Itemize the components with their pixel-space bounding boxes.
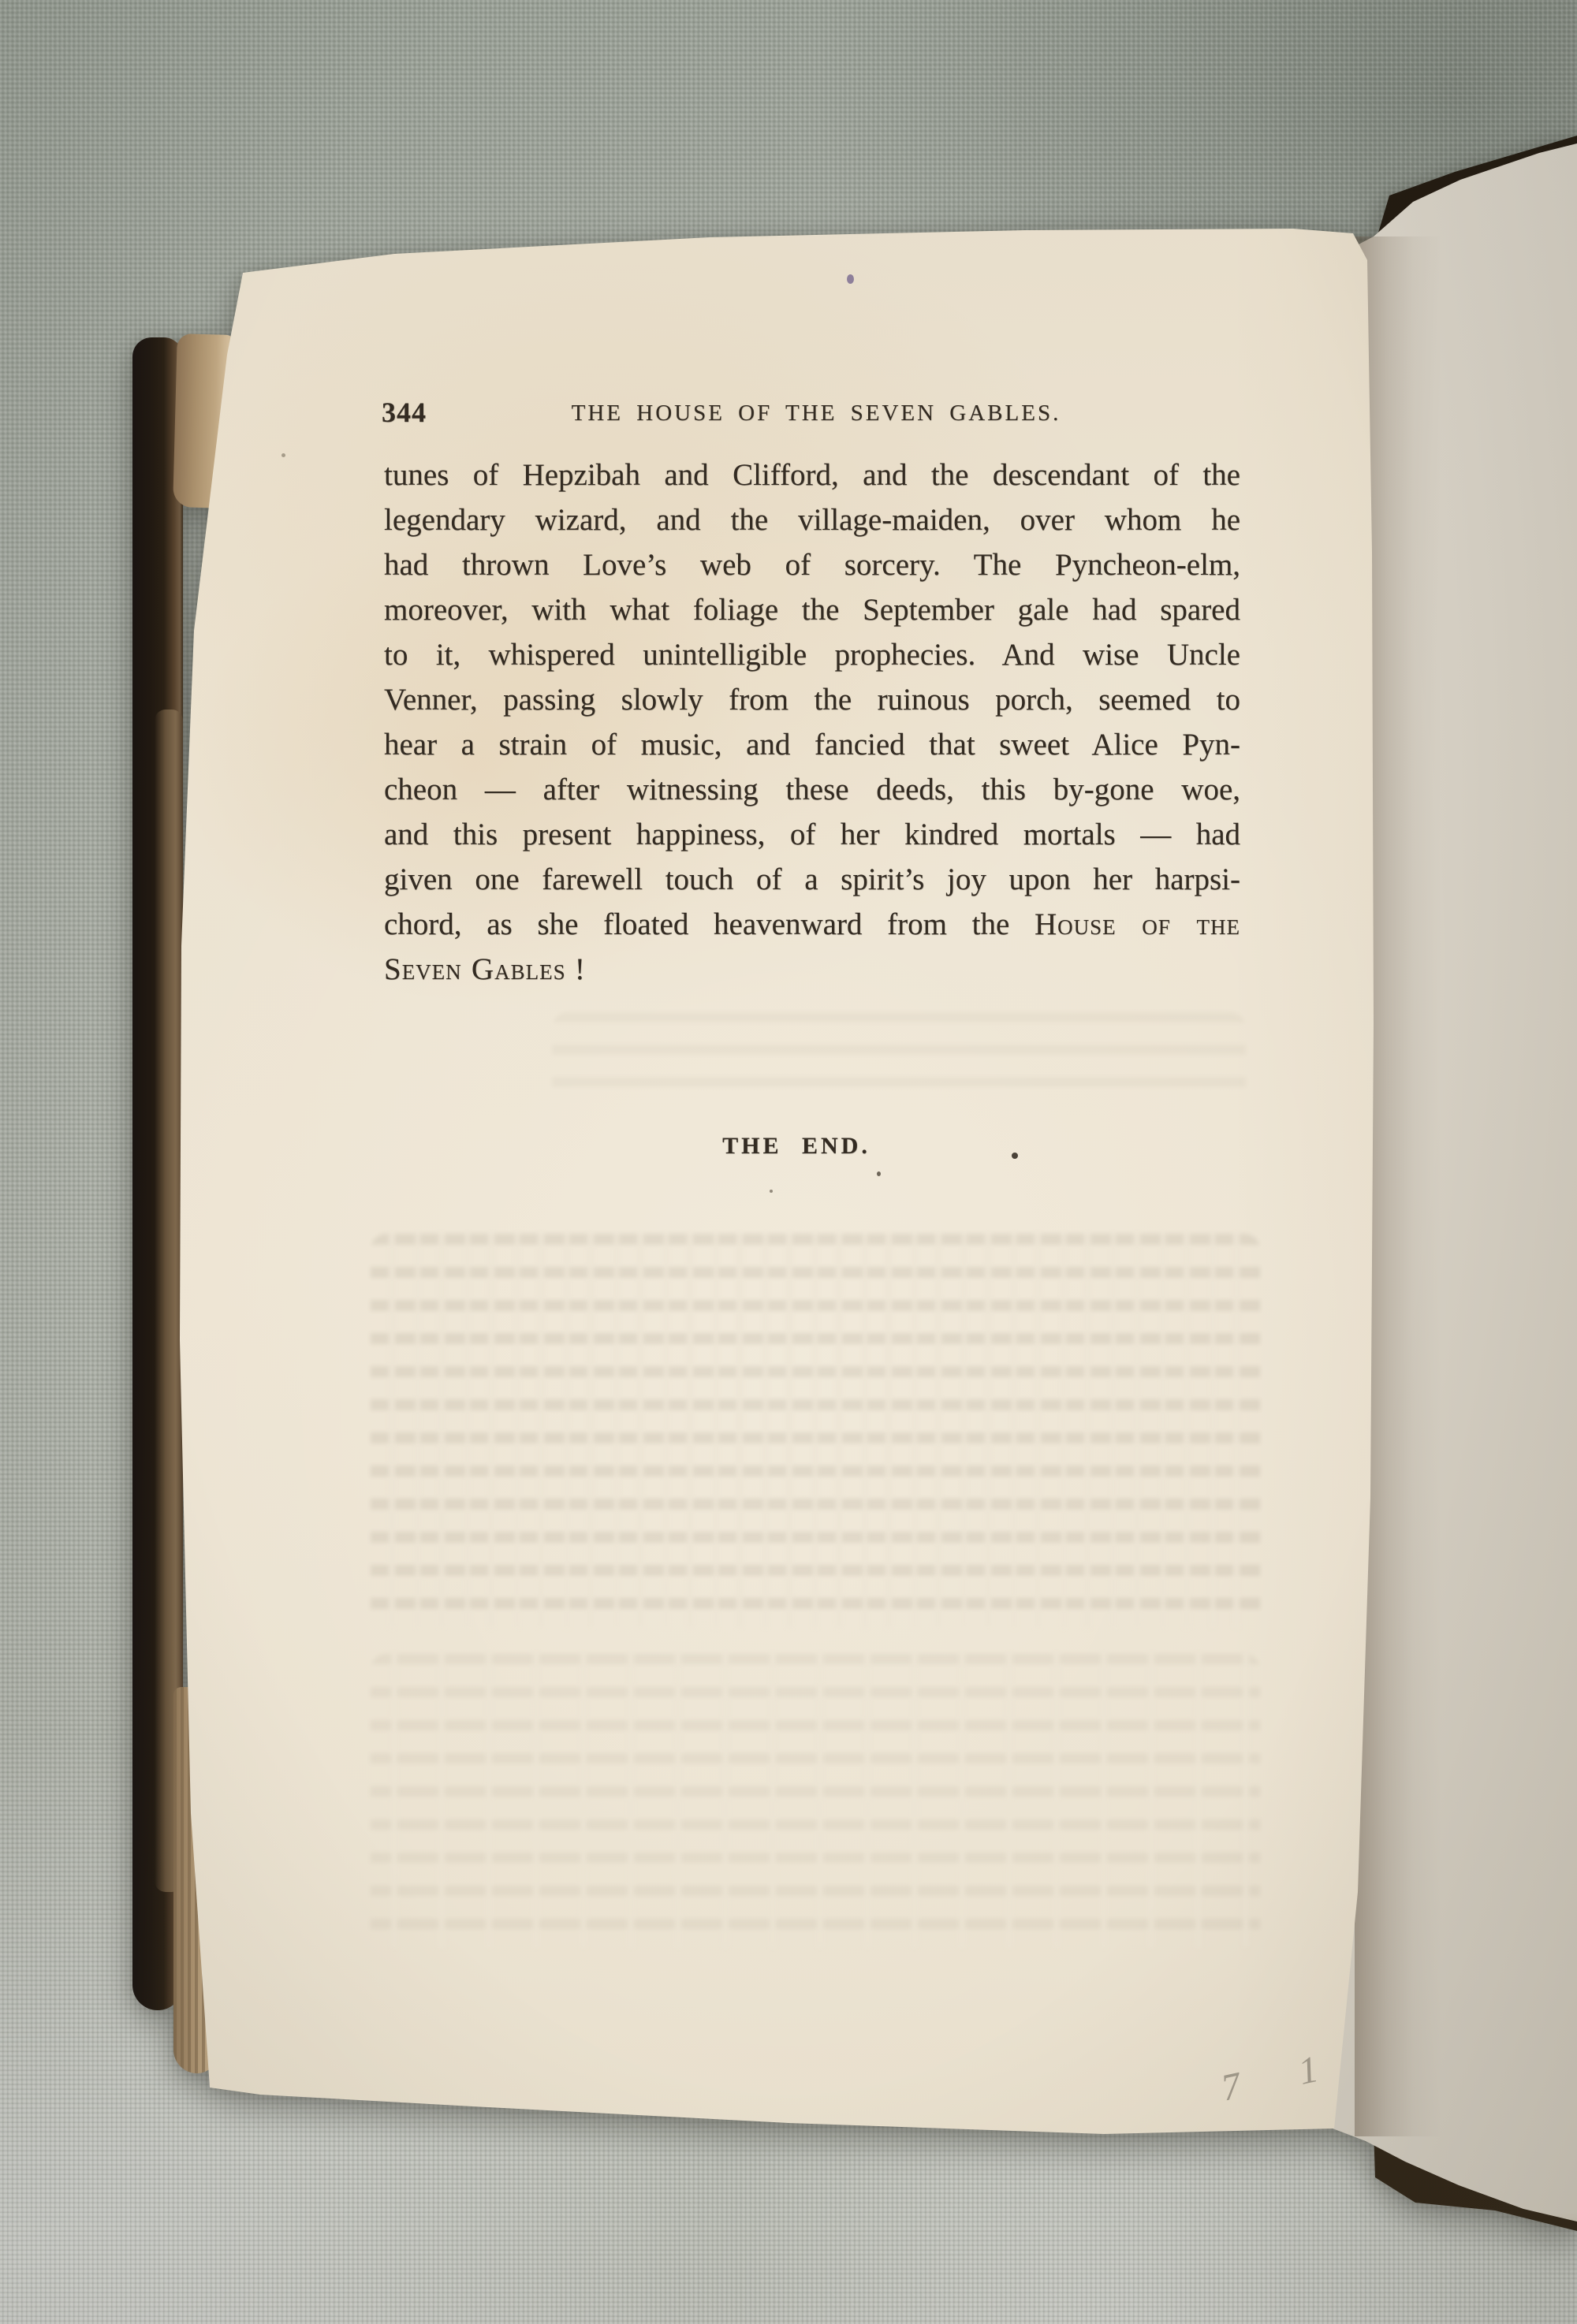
- body-line: tunes of Hepzibah and Clifford, and the …: [384, 453, 1240, 497]
- body-line: Seven Gables !: [384, 947, 1240, 992]
- body-line-text: !: [566, 952, 585, 986]
- page-number: 344: [382, 396, 427, 429]
- ink-speck-purple: [847, 274, 854, 284]
- running-title: THE HOUSE OF THE SEVEN GABLES.: [505, 400, 1128, 426]
- small-caps-seven-gables: Seven Gables: [384, 952, 566, 986]
- show-through-text-lower: [371, 1654, 1260, 1947]
- small-caps-house-of-the: House of the: [1035, 907, 1240, 941]
- body-line: and this present happiness, of her kindr…: [384, 812, 1240, 857]
- the-end-mark: THE END.: [363, 1133, 1230, 1160]
- ink-speck: [1012, 1153, 1018, 1159]
- body-line: cheon — after witnessing these deeds, th…: [384, 767, 1240, 812]
- pencil-mark: 7 1: [1217, 2042, 1347, 2110]
- body-line: chord, as she floated heavenward from th…: [384, 902, 1240, 947]
- body-text: tunes of Hepzibah and Clifford, and the …: [384, 453, 1240, 992]
- show-through-text-middle: [371, 1234, 1260, 1628]
- body-line: Venner, passing slowly from the ruinous …: [384, 677, 1240, 722]
- show-through-text-upper: [552, 1012, 1246, 1107]
- ink-speck: [770, 1190, 773, 1193]
- photo-of-open-book: 344 THE HOUSE OF THE SEVEN GABLES. tunes…: [0, 0, 1577, 2324]
- body-line: legendary wizard, and the village-maiden…: [384, 497, 1240, 542]
- body-line-text: chord, as she floated heavenward from th…: [384, 907, 1035, 941]
- book: 344 THE HOUSE OF THE SEVEN GABLES. tunes…: [0, 0, 1577, 2324]
- ink-speck: [281, 453, 285, 457]
- body-line: to it, whispered unintelligible propheci…: [384, 632, 1240, 677]
- ink-speck: [877, 1171, 881, 1176]
- body-line: had thrown Love’s web of sorcery. The Py…: [384, 542, 1240, 587]
- body-line: moreover, with what foliage the Septembe…: [384, 587, 1240, 632]
- main-page: 344 THE HOUSE OF THE SEVEN GABLES. tunes…: [0, 0, 1577, 2324]
- body-line: hear a strain of music, and fancied that…: [384, 722, 1240, 767]
- body-line: given one farewell touch of a spirit’s j…: [384, 857, 1240, 902]
